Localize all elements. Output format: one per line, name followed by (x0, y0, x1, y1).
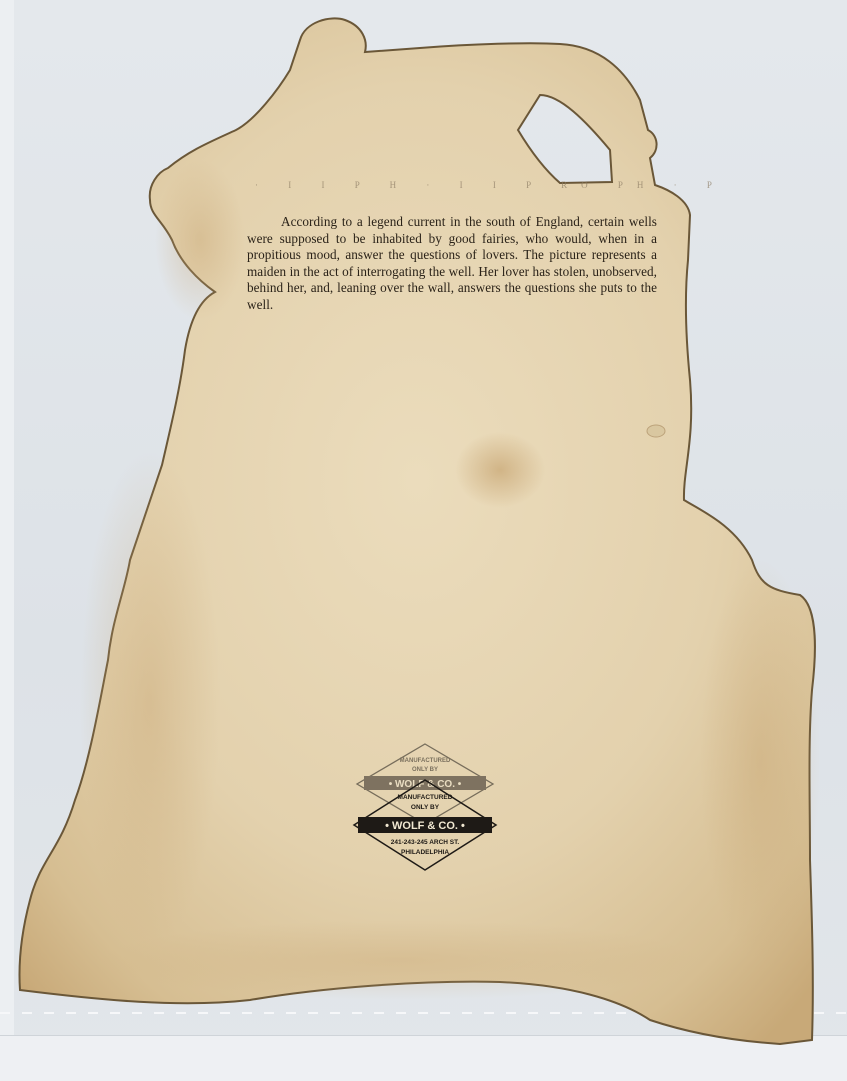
bleed-through-text: · I I P H · I I P RO PH · P (255, 180, 675, 194)
stamp-company-name: • WOLF & CO. • (385, 820, 465, 832)
stamp-city: PHILADELPHIA (401, 849, 449, 856)
water-stain (455, 432, 545, 508)
edge-stain-bottom (100, 920, 700, 1000)
stamp-main-impression: MANUFACTURED ONLY BY • WOLF & CO. • 241-… (354, 780, 496, 870)
stamp-only-by-text: ONLY BY (411, 804, 440, 811)
small-stain-right (647, 425, 665, 437)
stamp-manufactured-text: MANUFACTURED (398, 794, 453, 801)
edge-stain-right (700, 560, 820, 960)
legend-text: According to a legend current in the sou… (247, 214, 657, 314)
wolf-co-maker-stamp: • WOLF & CO. • MANUFACTURED ONLY BY MANU… (350, 740, 500, 890)
stamp-address: 241-243-245 ARCH ST. (391, 839, 460, 846)
edge-stain-left (80, 450, 220, 950)
legend-paragraph: According to a legend current in the sou… (247, 214, 657, 314)
die-cut-card (0, 0, 847, 1081)
stamp-ghost-impression: • WOLF & CO. • MANUFACTURED ONLY BY (357, 744, 493, 824)
svg-text:ONLY BY: ONLY BY (412, 767, 438, 773)
edge-stain-top-left (155, 160, 245, 320)
svg-text:MANUFACTURED: MANUFACTURED (400, 758, 451, 764)
